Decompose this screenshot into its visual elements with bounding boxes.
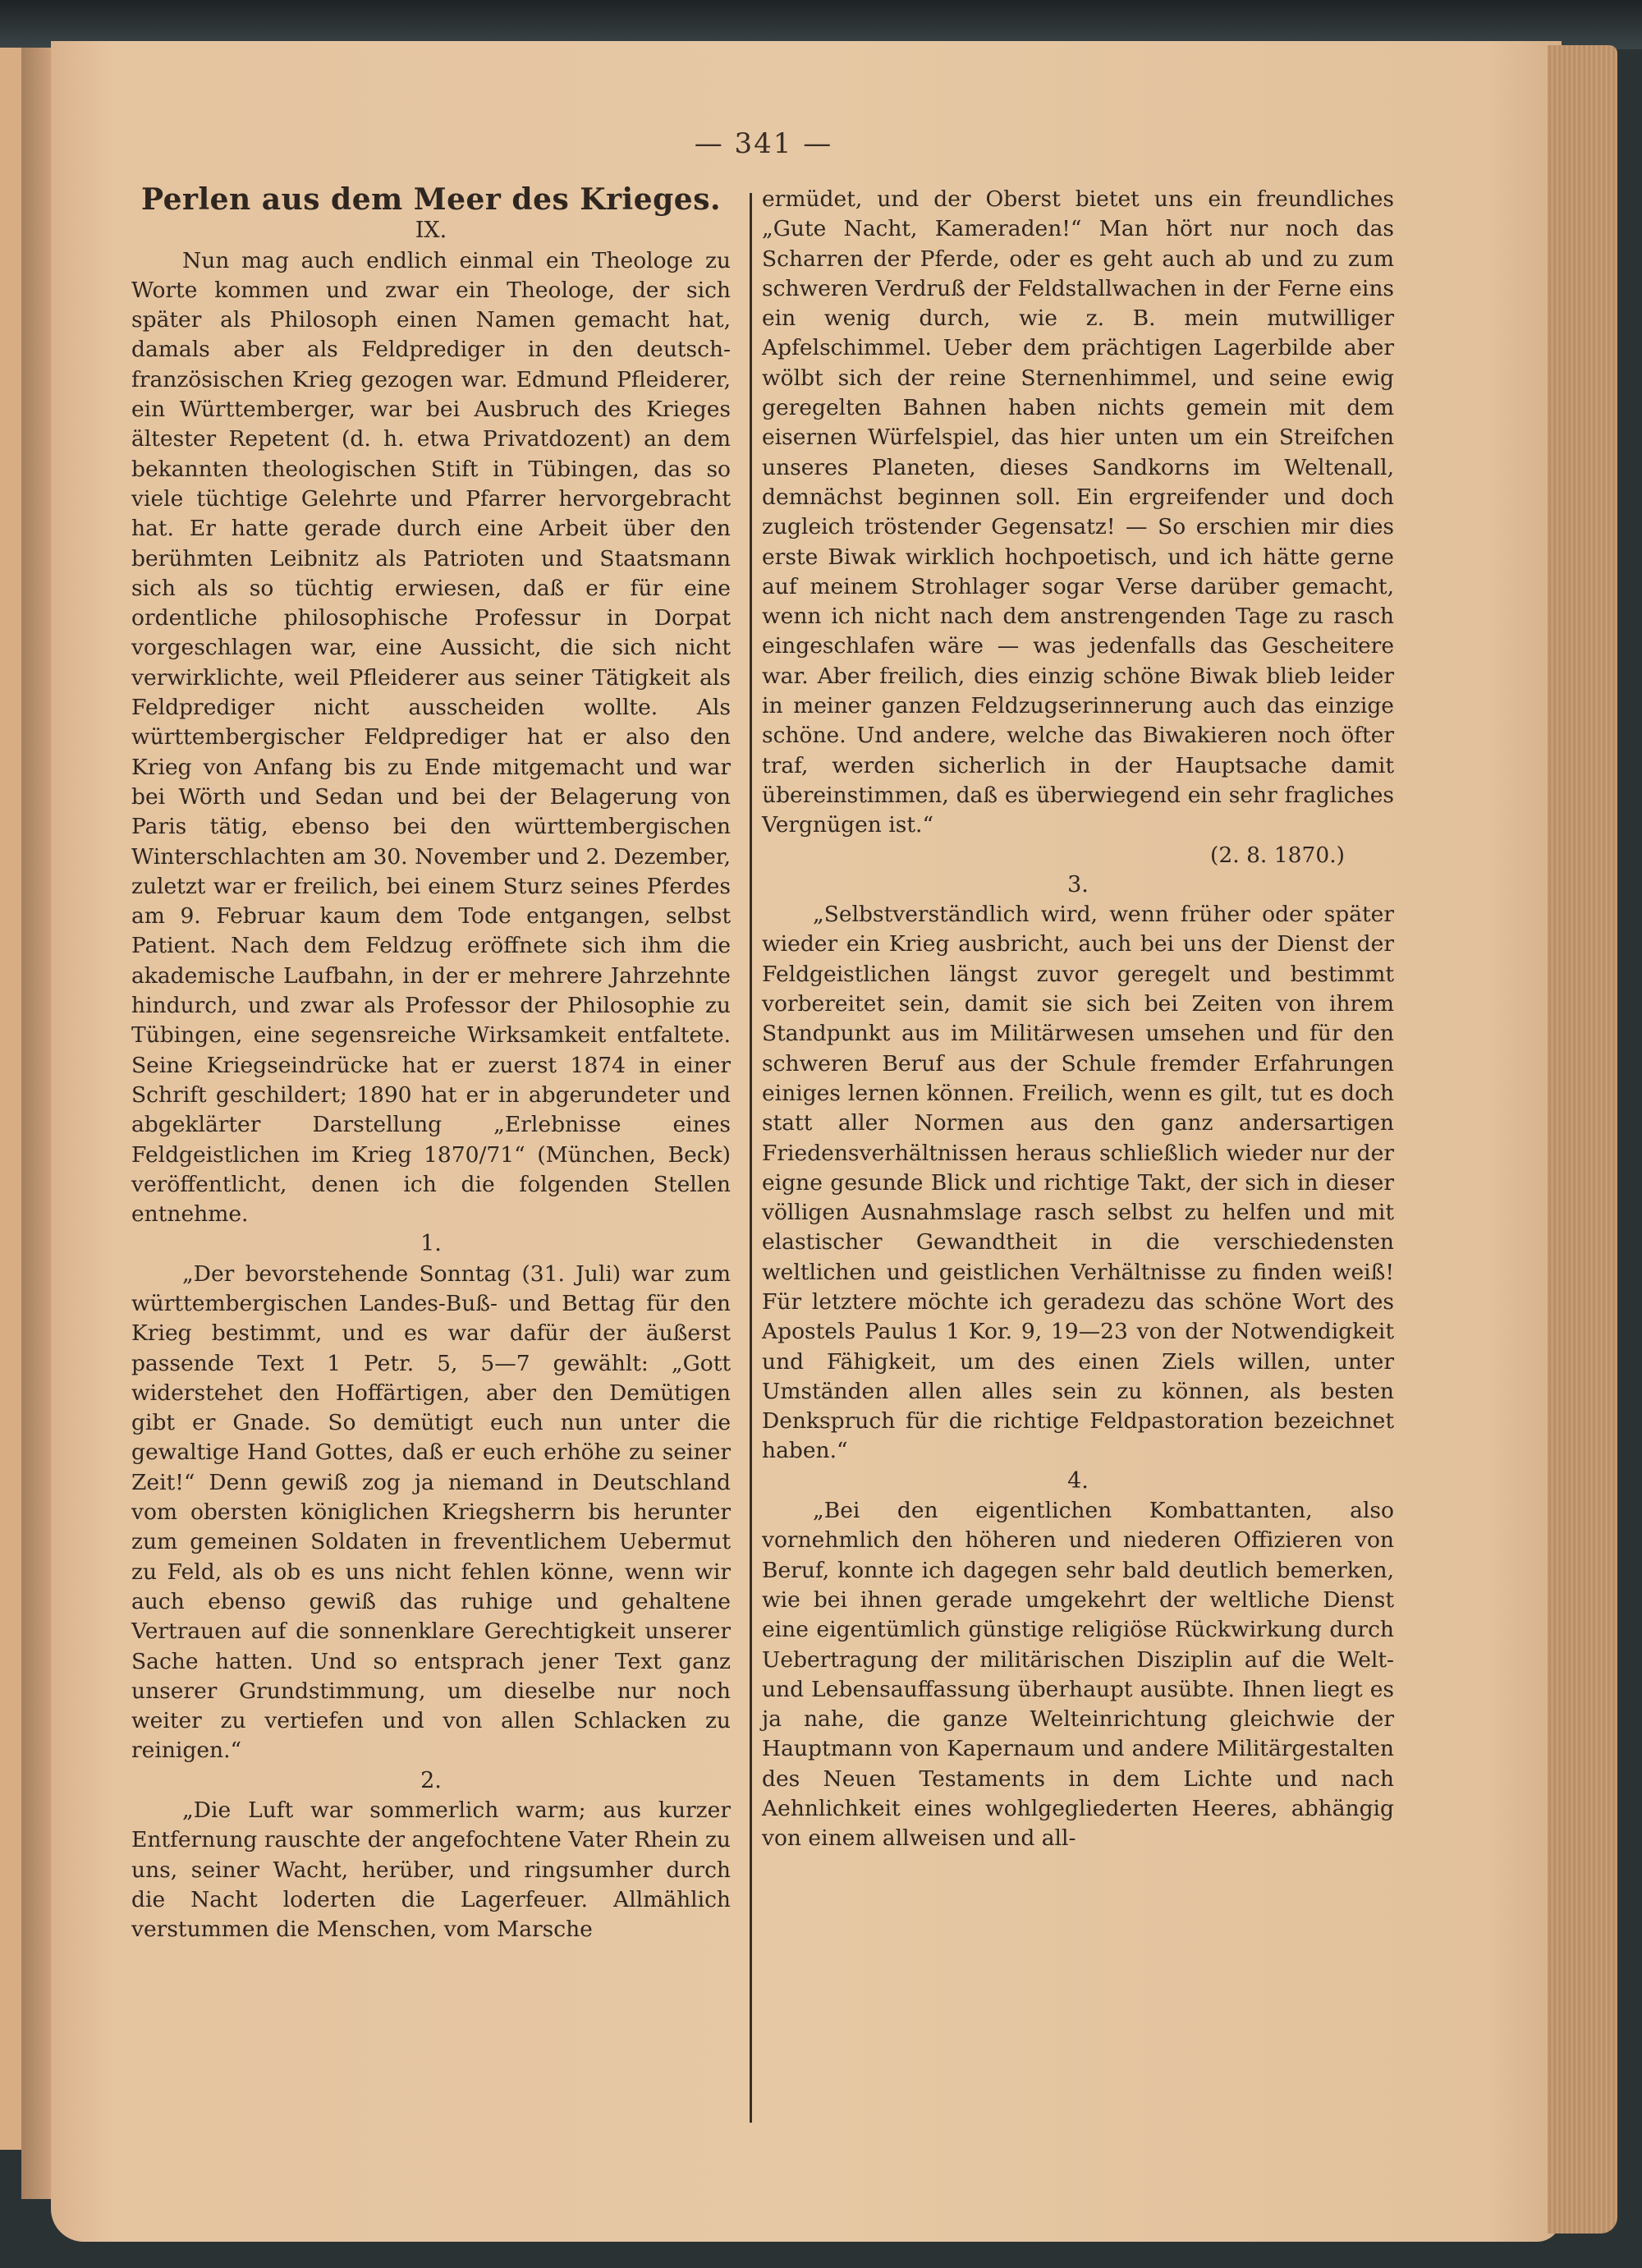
section-2-continuation: ermüdet, und der Oberst bietet uns ein f… <box>762 185 1394 841</box>
left-column: Perlen aus dem Meer des Krieges. IX. Nun… <box>131 185 731 1945</box>
gutter-shadow <box>21 48 51 2199</box>
intro-paragraph: Nun mag auch endlich einmal ein Theologe… <box>131 246 731 1230</box>
page-fore-edge <box>1548 45 1617 2234</box>
right-column: ermüdet, und der Oberst bietet uns ein f… <box>762 185 1394 1854</box>
section-2-number: 2. <box>131 1766 731 1796</box>
part-numeral: IX. <box>131 216 731 246</box>
page-number: — 341 — <box>657 127 870 160</box>
article-title: Perlen aus dem Meer des Krieges. <box>131 185 731 214</box>
section-1-number: 1. <box>131 1229 731 1259</box>
section-3-text: „Selbstverständlich wird, wenn früher od… <box>762 900 1394 1467</box>
section-4-number: 4. <box>762 1467 1394 1496</box>
section-3-number: 3. <box>762 870 1394 900</box>
section-2-text: „Die Luft war sommerlich warm; aus kurze… <box>131 1796 731 1944</box>
section-4-text: „Bei den eigentlichen Kombattanten, also… <box>762 1496 1394 1854</box>
section-1-text: „Der bevorstehende Sonntag (31. Juli) wa… <box>131 1260 731 1766</box>
left-page-edge <box>0 48 23 2150</box>
section-2-date: (2. 8. 1870.) <box>762 841 1345 870</box>
column-divider <box>750 193 752 2123</box>
